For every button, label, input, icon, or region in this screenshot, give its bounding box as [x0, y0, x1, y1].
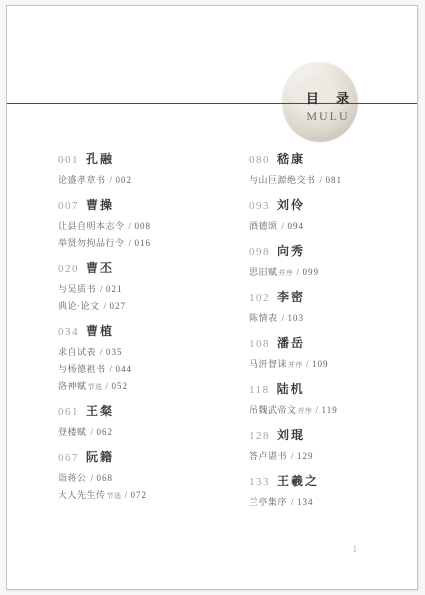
- work-suffix: 并序: [279, 269, 294, 277]
- work-page: 072: [131, 490, 148, 500]
- work-separator: /: [320, 175, 323, 185]
- toc-entry-head: 118陆机: [249, 382, 425, 397]
- work-title: 大人先生传: [58, 490, 106, 500]
- work-separator: /: [129, 221, 132, 231]
- work-title: 兰亭集序: [249, 497, 287, 507]
- toc-entry-head: 007曹操: [58, 198, 243, 213]
- work-separator: /: [100, 284, 103, 294]
- entry-start-page: 034: [58, 326, 79, 338]
- toc-entry: 108潘岳 马汧督诔并序/109: [249, 336, 425, 370]
- work-separator: /: [306, 359, 309, 369]
- toc-entry-head: 080嵇康: [249, 152, 425, 167]
- work-page: 008: [135, 221, 152, 231]
- work-separator: /: [125, 490, 128, 500]
- entry-author: 孔融: [86, 152, 114, 166]
- toc-column-right: 080嵇康 与山巨源绝交书/081 093刘伶 酒德颂/094 098向秀 思旧…: [249, 152, 425, 520]
- work-page: 109: [312, 359, 329, 369]
- work-page: 094: [288, 221, 305, 231]
- toc-work: 举贤勿拘品行令/016: [58, 238, 243, 249]
- entry-start-page: 108: [249, 338, 270, 350]
- toc-entry-head: 001孔融: [58, 152, 243, 167]
- work-title: 马汧督诔: [249, 359, 287, 369]
- entry-start-page: 007: [58, 200, 79, 212]
- entry-start-page: 067: [58, 452, 79, 464]
- toc-work: 酒德颂/094: [249, 221, 425, 232]
- toc-entry: 080嵇康 与山巨源绝交书/081: [249, 152, 425, 186]
- work-separator: /: [104, 301, 107, 311]
- work-page: 035: [106, 347, 123, 357]
- entry-start-page: 061: [58, 406, 79, 418]
- toc-entry: 102李密 陈情表/103: [249, 290, 425, 324]
- work-page: 052: [112, 381, 129, 391]
- book-page: 目 录 MULU 001孔融 论盛孝章书/002 007曹操 让县自明本志令/0…: [6, 5, 418, 590]
- toc-entry: 118陆机 吊魏武帝文并序/119: [249, 382, 425, 416]
- toc-entry: 067阮籍 诣蒋公/068 大人先生传节选/072: [58, 450, 243, 501]
- toc-entry: 020曹丕 与吴质书/021 典论·论文/027: [58, 261, 243, 312]
- toc-entry: 133王羲之 兰亭集序/134: [249, 474, 425, 508]
- work-page: 129: [297, 451, 314, 461]
- work-title: 举贤勿拘品行令: [58, 238, 125, 248]
- toc-entry-head: 067阮籍: [58, 450, 243, 465]
- work-page: 027: [110, 301, 127, 311]
- work-title: 诣蒋公: [58, 473, 87, 483]
- toc-entry-head: 093刘伶: [249, 198, 425, 213]
- toc-entry: 007曹操 让县自明本志令/008 举贤勿拘品行令/016: [58, 198, 243, 249]
- work-title: 酒德颂: [249, 221, 278, 231]
- work-page: 062: [97, 427, 114, 437]
- work-separator: /: [110, 364, 113, 374]
- work-separator: /: [291, 451, 294, 461]
- work-title: 典论·论文: [58, 301, 100, 311]
- work-suffix: 节选: [107, 492, 122, 500]
- work-title: 思旧赋: [249, 267, 278, 277]
- entry-author: 李密: [277, 290, 305, 304]
- page-title-pinyin: MULU: [298, 109, 358, 124]
- entry-author: 嵇康: [277, 152, 305, 166]
- work-separator: /: [282, 313, 285, 323]
- toc-entry: 001孔融 论盛孝章书/002: [58, 152, 243, 186]
- entry-author: 陆机: [277, 382, 305, 396]
- toc-entry: 034曹植 求自试表/035 与杨德祖书/044 洛神赋节选/052: [58, 324, 243, 392]
- entry-author: 曹植: [86, 324, 114, 338]
- entry-start-page: 093: [249, 200, 270, 212]
- work-title: 求自试表: [58, 347, 96, 357]
- work-page: 081: [326, 175, 343, 185]
- entry-author: 王羲之: [277, 474, 319, 488]
- work-title: 吊魏武帝文: [249, 405, 297, 415]
- work-page: 044: [116, 364, 133, 374]
- work-separator: /: [106, 381, 109, 391]
- work-separator: /: [297, 267, 300, 277]
- toc-entry-head: 128刘琨: [249, 428, 425, 443]
- toc-work: 登楼赋/062: [58, 427, 243, 438]
- work-title: 登楼赋: [58, 427, 87, 437]
- toc-work: 与杨德祖书/044: [58, 364, 243, 375]
- work-title: 答卢谌书: [249, 451, 287, 461]
- toc-work: 兰亭集序/134: [249, 497, 425, 508]
- work-separator: /: [129, 238, 132, 248]
- work-title: 与山巨源绝交书: [249, 175, 316, 185]
- toc-work: 洛神赋节选/052: [58, 381, 243, 392]
- work-page: 103: [288, 313, 305, 323]
- entry-start-page: 020: [58, 263, 79, 275]
- entry-start-page: 102: [249, 292, 270, 304]
- page-title: 目 录: [298, 88, 358, 107]
- work-title: 陈情表: [249, 313, 278, 323]
- entry-start-page: 098: [249, 246, 270, 258]
- entry-author: 曹丕: [86, 261, 114, 275]
- entry-author: 曹操: [86, 198, 114, 212]
- entry-start-page: 001: [58, 154, 79, 166]
- toc-entry: 098向秀 思旧赋并序/099: [249, 244, 425, 278]
- toc-work: 典论·论文/027: [58, 301, 243, 312]
- work-suffix: 并序: [288, 361, 303, 369]
- toc-work: 陈情表/103: [249, 313, 425, 324]
- entry-start-page: 128: [249, 430, 270, 442]
- work-title: 与杨德祖书: [58, 364, 106, 374]
- folio-page-number: 1: [353, 544, 358, 554]
- work-separator: /: [282, 221, 285, 231]
- work-separator: /: [291, 497, 294, 507]
- toc-entry: 093刘伶 酒德颂/094: [249, 198, 425, 232]
- toc-entry-head: 102李密: [249, 290, 425, 305]
- work-separator: /: [110, 175, 113, 185]
- work-title: 与吴质书: [58, 284, 96, 294]
- toc-entry-head: 020曹丕: [58, 261, 243, 276]
- toc-work: 诣蒋公/068: [58, 473, 243, 484]
- work-page: 068: [97, 473, 114, 483]
- work-separator: /: [91, 473, 94, 483]
- work-title: 洛神赋: [58, 381, 87, 391]
- entry-start-page: 118: [249, 384, 270, 396]
- toc-work: 吊魏武帝文并序/119: [249, 405, 425, 416]
- work-title: 让县自明本志令: [58, 221, 125, 231]
- entry-start-page: 133: [249, 476, 270, 488]
- toc-entry-head: 133王羲之: [249, 474, 425, 489]
- toc-entry: 128刘琨 答卢谌书/129: [249, 428, 425, 462]
- work-suffix: 并序: [298, 407, 313, 415]
- work-page: 021: [106, 284, 123, 294]
- entry-author: 阮籍: [86, 450, 114, 464]
- work-suffix: 节选: [88, 383, 103, 391]
- toc-work: 让县自明本志令/008: [58, 221, 243, 232]
- toc-entry-head: 108潘岳: [249, 336, 425, 351]
- entry-author: 刘琨: [277, 428, 305, 442]
- work-page: 016: [135, 238, 152, 248]
- work-separator: /: [100, 347, 103, 357]
- entry-author: 王粲: [86, 404, 114, 418]
- toc-work: 大人先生传节选/072: [58, 490, 243, 501]
- work-page: 002: [116, 175, 133, 185]
- toc-entry: 061王粲 登楼赋/062: [58, 404, 243, 438]
- entry-author: 向秀: [277, 244, 305, 258]
- entry-author: 刘伶: [277, 198, 305, 212]
- toc-entry-head: 034曹植: [58, 324, 243, 339]
- work-separator: /: [91, 427, 94, 437]
- toc-work: 与吴质书/021: [58, 284, 243, 295]
- toc-work: 与山巨源绝交书/081: [249, 175, 425, 186]
- entry-author: 潘岳: [277, 336, 305, 350]
- toc-column-left: 001孔融 论盛孝章书/002 007曹操 让县自明本志令/008 举贤勿拘品行…: [58, 152, 243, 513]
- work-separator: /: [316, 405, 319, 415]
- toc-work: 答卢谌书/129: [249, 451, 425, 462]
- entry-start-page: 080: [249, 154, 270, 166]
- work-page: 134: [297, 497, 314, 507]
- toc-work: 求自试表/035: [58, 347, 243, 358]
- toc-entry-head: 061王粲: [58, 404, 243, 419]
- work-page: 099: [303, 267, 320, 277]
- toc-work: 思旧赋并序/099: [249, 267, 425, 278]
- toc-entry-head: 098向秀: [249, 244, 425, 259]
- toc-work: 马汧督诔并序/109: [249, 359, 425, 370]
- work-page: 119: [322, 405, 338, 415]
- work-title: 论盛孝章书: [58, 175, 106, 185]
- toc-work: 论盛孝章书/002: [58, 175, 243, 186]
